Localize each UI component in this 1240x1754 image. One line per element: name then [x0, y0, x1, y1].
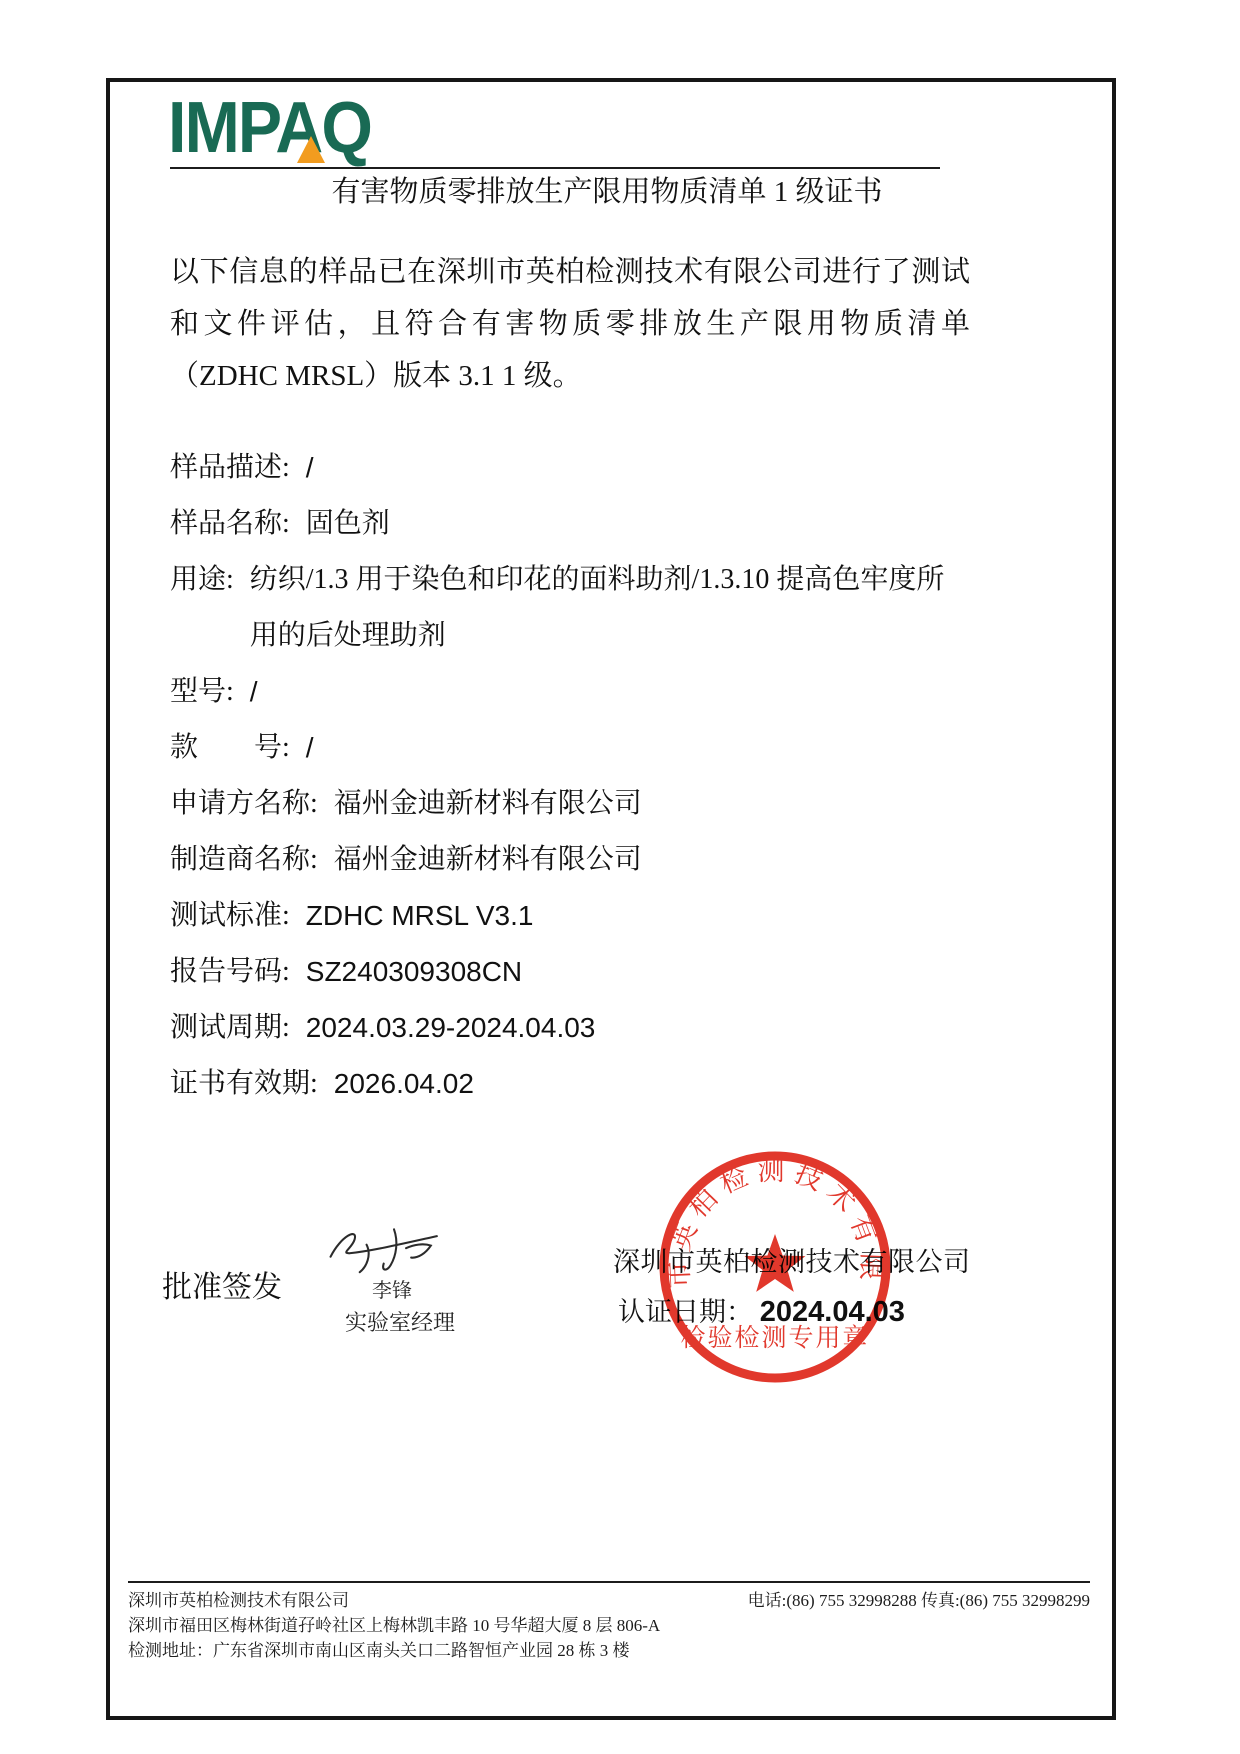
page-title: 有害物质零排放生产限用物质清单 1 级证书 — [106, 172, 1108, 212]
field-value: 2026.04.02 — [334, 1056, 474, 1112]
footer-test-address: 检测地址：广东省深圳市南山区南头关口二路智恒产业园 28 栋 3 楼 — [128, 1638, 828, 1663]
impaq-logo: IMPAQ — [168, 92, 371, 164]
logo-divider — [170, 167, 940, 169]
field-value: 福州金迪新材料有限公司 — [334, 832, 642, 888]
fields-section: 样品描述: / 样品名称: 固色剂 用途: 纺织/1.3 用于染色和印花的面料助… — [170, 440, 970, 1112]
signer-name: 李锋 — [352, 1274, 432, 1303]
field-value: 固色剂 — [306, 496, 390, 552]
field-row-style-number: 款 号: / — [170, 720, 970, 776]
field-label: 样品描述: — [170, 440, 290, 496]
field-row-sample-name: 样品名称: 固色剂 — [170, 496, 970, 552]
field-value: 2024.03.29-2024.04.03 — [306, 1000, 596, 1056]
field-row-usage: 用途: 纺织/1.3 用于染色和印花的面料助剂/1.3.10 提高色牢度所用的后… — [170, 552, 970, 664]
field-value: 纺织/1.3 用于染色和印花的面料助剂/1.3.10 提高色牢度所用的后处理助剂 — [250, 552, 970, 664]
signer-title: 实验室经理 — [345, 1306, 455, 1337]
footer-address: 深圳市福田区梅林街道孖岭社区上梅林凯丰路 10 号华超大厦 8 层 806-A — [128, 1613, 828, 1638]
certificate-page: IMPAQ 有害物质零排放生产限用物质清单 1 级证书 以下信息的样品已在深圳市… — [0, 0, 1240, 1754]
field-label: 申请方名称: — [170, 776, 318, 832]
footer-divider — [128, 1581, 1090, 1583]
logo-triangle-icon — [297, 136, 325, 163]
field-row-test-period: 测试周期: 2024.03.29-2024.04.03 — [170, 1000, 970, 1056]
footer-company-name: 深圳市英柏检测技术有限公司 — [128, 1588, 828, 1613]
footer-phone-fax: 电话:(86) 755 32998288 传真:(86) 755 3299829… — [748, 1588, 1090, 1613]
field-row-manufacturer: 制造商名称: 福州金迪新材料有限公司 — [170, 832, 970, 888]
field-row-test-standard: 测试标准: ZDHC MRSL V3.1 — [170, 888, 970, 944]
approve-issue-label: 批准签发 — [162, 1262, 282, 1306]
seal-star-icon — [745, 1234, 806, 1292]
field-row-model: 型号: / — [170, 664, 970, 720]
field-label: 型号: — [170, 664, 234, 720]
field-value: ZDHC MRSL V3.1 — [306, 888, 534, 944]
field-row-applicant: 申请方名称: 福州金迪新材料有限公司 — [170, 776, 970, 832]
company-seal-stamp: 深圳市英柏检测技术有限公司 检验检测专用章 — [650, 1142, 900, 1392]
field-label: 报告号码: — [170, 944, 290, 1000]
field-value: SZ240309308CN — [306, 944, 522, 1000]
field-value: / — [250, 664, 258, 720]
field-label: 款 号: — [170, 720, 290, 776]
field-label: 用途: — [170, 552, 234, 664]
field-row-report-number: 报告号码: SZ240309308CN — [170, 944, 970, 1000]
field-row-valid-until: 证书有效期: 2026.04.02 — [170, 1056, 970, 1112]
field-label: 测试周期: — [170, 1000, 290, 1056]
field-label: 样品名称: — [170, 496, 290, 552]
seal-banner-text: 检验检测专用章 — [680, 1324, 869, 1352]
field-row-sample-description: 样品描述: / — [170, 440, 970, 496]
intro-paragraph: 以下信息的样品已在深圳市英柏检测技术有限公司进行了测试和文件评估，且符合有害物质… — [170, 246, 970, 402]
field-label: 制造商名称: — [170, 832, 318, 888]
signature-scribble — [322, 1218, 442, 1280]
field-value: / — [306, 720, 314, 776]
field-label: 测试标准: — [170, 888, 290, 944]
footer-info: 深圳市英柏检测技术有限公司 深圳市福田区梅林街道孖岭社区上梅林凯丰路 10 号华… — [128, 1588, 828, 1663]
field-label: 证书有效期: — [170, 1056, 318, 1112]
field-value: / — [306, 440, 314, 496]
field-value: 福州金迪新材料有限公司 — [334, 776, 642, 832]
